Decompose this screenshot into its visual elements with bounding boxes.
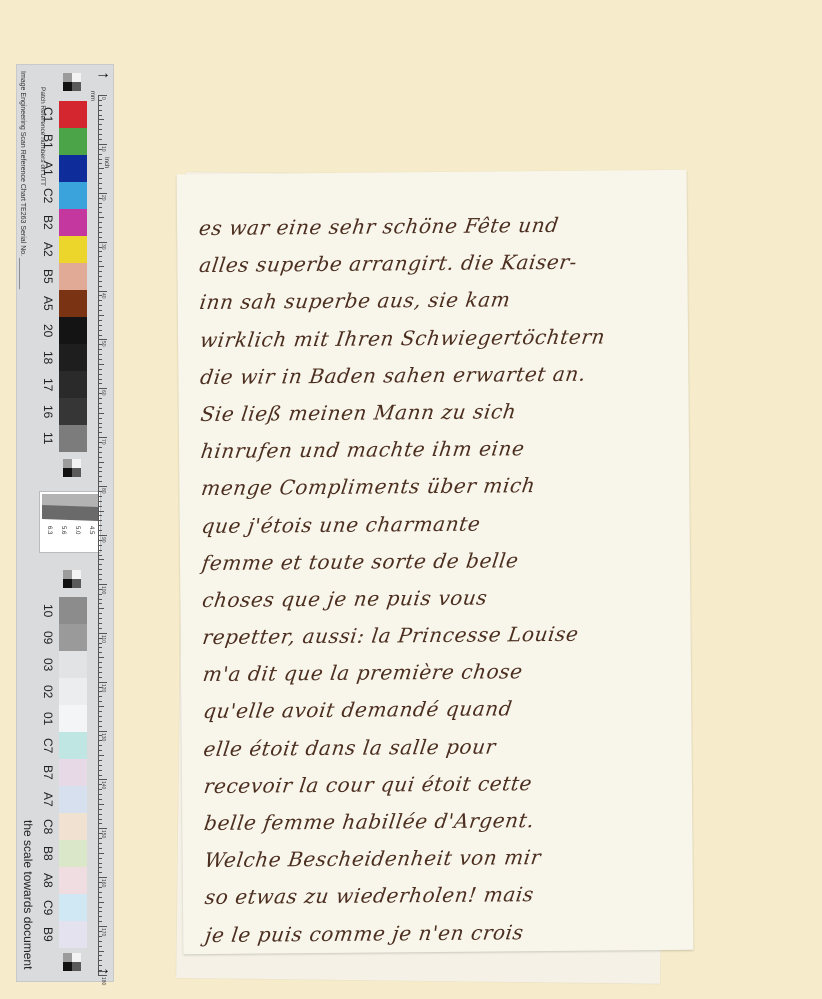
color-patch: [59, 597, 87, 624]
ruler-tick: [98, 330, 102, 331]
color-patch: [59, 813, 87, 840]
color-patch: [59, 344, 87, 371]
ruler-label: 140: [100, 781, 106, 789]
ruler-tick: [98, 467, 102, 468]
patch-label: B7: [41, 759, 55, 786]
ruler-tick: [98, 310, 102, 311]
ruler-tick: [98, 916, 102, 917]
ruler-tick: [98, 520, 102, 521]
ruler-tick: [98, 814, 102, 815]
ruler-label: 170: [100, 928, 106, 936]
ruler-label: 100: [100, 586, 106, 594]
ruler-tick: [98, 207, 102, 208]
color-patch: [59, 128, 87, 155]
ruler-tick: [98, 266, 104, 267]
ruler-tick: [98, 672, 102, 673]
ruler-label: 20: [100, 195, 106, 201]
ruler-tick: [98, 183, 102, 184]
patch-label: 01: [41, 705, 55, 732]
ruler-tick: [98, 178, 102, 179]
ruler-tick: [98, 212, 102, 213]
color-patch: [59, 759, 87, 786]
ruler-tick: [98, 662, 102, 663]
ruler-tick: [98, 946, 102, 947]
ruler-tick: [98, 701, 102, 702]
ruler-tick: [98, 623, 102, 624]
patch-label: B2: [41, 209, 55, 236]
ruler-tick: [98, 476, 102, 477]
ruler-label: 50: [100, 341, 106, 347]
ruler-tick: [98, 115, 102, 116]
ruler-label: 40: [100, 293, 106, 299]
ruler-tick: [98, 921, 102, 922]
ruler-label: 80: [100, 488, 106, 494]
ruler-tick: [98, 760, 102, 761]
ruler-tick: [98, 315, 104, 316]
res-label: 5.0: [74, 526, 80, 534]
patch-label: B1: [41, 128, 55, 155]
patch-label: B8: [41, 840, 55, 867]
ruler-tick: [98, 496, 102, 497]
patch-labels-upper: C1B1A1C2B2A2B5A52018171611: [41, 101, 57, 452]
ruler-tick: [98, 300, 102, 301]
handwritten-line: es war eine sehr schöne Fête und: [197, 206, 672, 247]
ruler-tick: [98, 745, 102, 746]
ruler-tick: [98, 506, 102, 507]
ruler-tick: [98, 134, 102, 135]
ruler-tick: [98, 843, 102, 844]
ruler-tick: [98, 711, 102, 712]
patch-label: C1: [41, 101, 55, 128]
handwritten-line: elle étoit dans la salle pour: [201, 727, 676, 768]
ruler-tick: [98, 437, 107, 438]
ruler-tick: [98, 369, 102, 370]
ruler-tick: [98, 530, 102, 531]
ruler-label: 110: [100, 635, 106, 643]
ruler-tick: [98, 432, 102, 433]
color-patch: [59, 263, 87, 290]
ruler-tick: [98, 359, 102, 360]
patch-label: 02: [41, 678, 55, 705]
handwritten-line: que j'étois une charmante: [199, 503, 674, 544]
ruler-label: 160: [100, 879, 106, 887]
ruler-tick: [98, 750, 102, 751]
ruler-tick: [98, 154, 102, 155]
ruler-tick: [98, 564, 102, 565]
ruler-tick: [98, 545, 102, 546]
ruler-tick: [98, 413, 104, 414]
ruler-tick: [98, 139, 102, 140]
ruler-tick: [98, 584, 107, 585]
ruler-tick: [98, 276, 102, 277]
ruler-tick: [98, 677, 102, 678]
ruler-tick: [98, 124, 102, 125]
ruler-tick: [98, 447, 102, 448]
ruler-tick: [98, 828, 107, 829]
ruler-tick: [98, 799, 102, 800]
ruler-tick: [98, 955, 102, 956]
ruler-tick: [98, 911, 102, 912]
handwritten-line: alles superbe arrangirt. die Kaiser-: [197, 243, 672, 284]
resolution-target: 6.3 5.6 5.0 4.5: [39, 491, 101, 553]
grey-target-mid: [63, 459, 81, 477]
ruler-tick: [98, 892, 102, 893]
ruler-tick: [98, 555, 102, 556]
ruler-tick: [98, 383, 102, 384]
ruler-tick: [98, 305, 102, 306]
handwritten-line: so etwas zu wiederholen! mais: [202, 875, 677, 916]
ruler-label: 70: [100, 439, 106, 445]
patch-label: 20: [41, 317, 55, 344]
ruler-unit-mm: mm: [89, 91, 95, 101]
ruler-tick: [98, 535, 107, 536]
ruler-tick: [98, 858, 102, 859]
ruler-tick: [98, 486, 107, 487]
patch-label: 03: [41, 651, 55, 678]
ruler-label: 150: [100, 830, 106, 838]
ruler-tick: [98, 105, 102, 106]
ruler-tick: [98, 163, 102, 164]
handwritten-line: hinrufen und machte ihm eine: [199, 429, 674, 470]
ruler-tick: [98, 907, 102, 908]
ruler-tick: [98, 877, 107, 878]
ruler-tick: [98, 193, 107, 194]
handwritten-line: qu'elle avoit demandé quand: [201, 689, 676, 730]
grey-target-bottom: [63, 953, 81, 971]
ruler-tick: [98, 608, 104, 609]
color-patch: [59, 705, 87, 732]
ruler-tick: [98, 256, 102, 257]
ruler-tick: [98, 418, 102, 419]
ruler-label: 90: [100, 537, 106, 543]
ruler-tick: [98, 721, 102, 722]
patch-label: 09: [41, 624, 55, 651]
ruler-tick: [98, 872, 102, 873]
res-label: 5.6: [60, 526, 66, 534]
ruler-tick: [98, 286, 102, 287]
ruler-tick: [98, 647, 102, 648]
ruler-tick: [98, 951, 104, 952]
patch-label: 10: [41, 597, 55, 624]
color-patch: [59, 624, 87, 651]
ruler-tick: [98, 110, 102, 111]
ruler-tick: [98, 853, 104, 854]
ruler-tick: [98, 222, 102, 223]
patch-label: 16: [41, 398, 55, 425]
patch-label: C9: [41, 894, 55, 921]
ruler-tick: [98, 511, 104, 512]
ruler-tick: [98, 320, 102, 321]
grey-target-lower: [63, 570, 81, 588]
ruler-tick: [98, 398, 102, 399]
ruler-tick: [98, 569, 102, 570]
chart-brand-text: Image Engineering Scan Reference Chart T…: [19, 71, 26, 289]
ruler-tick: [98, 339, 107, 340]
ruler-tick: [98, 574, 102, 575]
ruler-tick: [98, 775, 102, 776]
patch-label: B5: [41, 263, 55, 290]
ruler-tick: [98, 716, 102, 717]
color-patch: [59, 290, 87, 317]
ruler-tick: [98, 403, 102, 404]
patch-label: C2: [41, 182, 55, 209]
ruler-tick: [98, 515, 102, 516]
ruler-tick: [98, 379, 102, 380]
ruler-tick: [98, 119, 104, 120]
ruler-tick: [98, 579, 102, 580]
color-patch: [59, 786, 87, 813]
patch-labels-lower: 1009030201C7B7A7C8B8A8C9B9: [41, 597, 57, 948]
handwritten-line: femme et toute sorte de belle: [200, 541, 675, 582]
handwritten-line: recevoir la cour qui étoit cette: [201, 764, 676, 805]
ruler-tick: [98, 765, 102, 766]
ruler-tick: [98, 291, 107, 292]
ruler-tick: [98, 237, 102, 238]
color-patch: [59, 425, 87, 452]
patch-label: C8: [41, 813, 55, 840]
ruler-tick: [98, 159, 102, 160]
ruler-label: 30: [100, 244, 106, 250]
ruler-tick: [98, 657, 104, 658]
patch-label: A7: [41, 786, 55, 813]
handwritten-line: choses que je ne puis vous: [200, 578, 675, 619]
patch-label: 17: [41, 371, 55, 398]
handwritten-line: inn sah superbe aus, sie kam: [197, 280, 672, 321]
ruler-tick: [98, 706, 104, 707]
ruler-label: 180: [100, 977, 106, 985]
color-patches-lower: [59, 597, 87, 948]
handwritten-line: belle femme habillée d'Argent.: [202, 801, 677, 842]
ruler-tick: [98, 203, 102, 204]
ruler-tick: [98, 682, 107, 683]
ruler-tick: [98, 217, 104, 218]
ruler-tick: [98, 550, 102, 551]
ruler-tick: [98, 779, 107, 780]
ruler-unit-inch: Inch: [103, 157, 109, 168]
handwritten-line: Sie ließ meinen Mann zu sich: [198, 392, 673, 433]
patch-label: 18: [41, 344, 55, 371]
color-patch: [59, 840, 87, 867]
ruler-tick: [98, 349, 102, 350]
handwritten-line: menge Compliments über mich: [199, 466, 674, 507]
arrow-right-icon: →: [93, 963, 113, 977]
ruler-tick: [98, 867, 102, 868]
arrow-right-icon: →: [93, 67, 113, 81]
ruler-tick: [98, 457, 102, 458]
ruler-tick: [98, 559, 104, 560]
ruler-tick: [98, 696, 102, 697]
ruler-tick: [98, 848, 102, 849]
ruler-tick: [98, 335, 102, 336]
ruler-tick: [98, 726, 102, 727]
patch-label: A1: [41, 155, 55, 182]
letter-page-front: es war eine sehr schöne Fête undalles su…: [177, 170, 694, 954]
color-patch: [59, 101, 87, 128]
scan-canvas: Image Engineering Scan Reference Chart T…: [0, 0, 822, 999]
ruler-tick: [98, 603, 102, 604]
color-patch: [59, 236, 87, 263]
ruler-label: 10: [100, 146, 106, 152]
ruler-tick: [98, 251, 102, 252]
ruler-tick: [98, 823, 102, 824]
handwritten-line: je le puis comme je n'en crois: [203, 912, 678, 953]
ruler-tick: [98, 408, 102, 409]
ruler-tick: [98, 819, 102, 820]
ruler-tick: [98, 770, 102, 771]
ruler-label: 60: [100, 390, 106, 396]
handwritten-line: Welche Bescheidenheit von mir: [202, 838, 677, 879]
ruler-tick: [98, 926, 107, 927]
patch-label: A5: [41, 290, 55, 317]
res-label: 4.5: [88, 526, 94, 534]
ruler-tick: [98, 525, 102, 526]
color-patch: [59, 732, 87, 759]
ruler-label: 0: [100, 97, 106, 100]
ruler-tick: [98, 242, 107, 243]
res-label: 6.3: [46, 526, 52, 534]
ruler-tick: [98, 325, 102, 326]
ruler-tick: [98, 897, 102, 898]
ruler-tick: [98, 462, 104, 463]
ruler-tick: [98, 261, 102, 262]
ruler-tick: [98, 599, 102, 600]
handwritten-line: wirklich mit Ihren Schwiegertöchtern: [198, 317, 673, 358]
ruler-tick: [98, 388, 107, 389]
ruler-tick: [98, 129, 102, 130]
color-patch: [59, 894, 87, 921]
ruler-tick: [98, 168, 104, 169]
mm-ruler: mm Inch 01020304050607080901001101201301…: [95, 95, 113, 975]
ruler-tick: [98, 100, 102, 101]
color-patch: [59, 651, 87, 678]
ruler-label: 130: [100, 733, 106, 741]
ruler-tick: [98, 423, 102, 424]
color-patch: [59, 317, 87, 344]
ruler-tick: [98, 755, 104, 756]
ruler-tick: [98, 652, 102, 653]
ruler-tick: [98, 628, 102, 629]
ruler-tick: [98, 804, 104, 805]
handwritten-line: repetter, aussi: la Princesse Louise: [200, 615, 675, 656]
ruler-tick: [98, 667, 102, 668]
ruler-label: 120: [100, 684, 106, 692]
handwritten-text: es war eine sehr schöne Fête undalles su…: [199, 206, 675, 954]
ruler-tick: [98, 941, 102, 942]
scan-reference-chart: Image Engineering Scan Reference Chart T…: [16, 64, 114, 982]
ruler-tick: [98, 471, 102, 472]
ruler-tick: [98, 481, 102, 482]
ruler-tick: [98, 271, 102, 272]
ruler-tick: [98, 144, 107, 145]
chart-footer-note: the scale towards document: [21, 820, 35, 969]
ruler-tick: [98, 501, 102, 502]
ruler-tick: [98, 731, 107, 732]
ruler-tick: [98, 863, 102, 864]
ruler-tick: [98, 232, 102, 233]
patch-label: B9: [41, 921, 55, 948]
ruler-tick: [98, 633, 107, 634]
color-patch: [59, 921, 87, 948]
color-patch: [59, 155, 87, 182]
patch-label: A2: [41, 236, 55, 263]
color-patch: [59, 182, 87, 209]
ruler-tick: [98, 809, 102, 810]
ruler-tick: [98, 452, 102, 453]
ruler-tick: [98, 427, 102, 428]
color-patch: [59, 678, 87, 705]
handwritten-line: m'a dit que la première chose: [201, 652, 676, 693]
color-patch: [59, 371, 87, 398]
ruler-tick: [98, 354, 102, 355]
ruler-tick: [98, 794, 102, 795]
color-patch: [59, 398, 87, 425]
patch-label: 11: [41, 425, 55, 452]
color-patch: [59, 209, 87, 236]
ruler-tick: [98, 281, 102, 282]
ruler-tick: [98, 902, 104, 903]
handwritten-line: die wir in Baden sahen erwartet an.: [198, 355, 673, 396]
ruler-tick: [98, 173, 102, 174]
color-patches-upper: [59, 101, 87, 452]
ruler-tick: [98, 618, 102, 619]
color-patch: [59, 867, 87, 894]
ruler-tick: [98, 613, 102, 614]
grey-target-top: [63, 73, 81, 91]
ruler-tick: [98, 364, 104, 365]
patch-label: C7: [41, 732, 55, 759]
patch-label: A8: [41, 867, 55, 894]
ruler-tick: [98, 374, 102, 375]
ruler-tick: [98, 95, 107, 96]
ruler-tick: [98, 188, 102, 189]
ruler-tick: [98, 227, 102, 228]
